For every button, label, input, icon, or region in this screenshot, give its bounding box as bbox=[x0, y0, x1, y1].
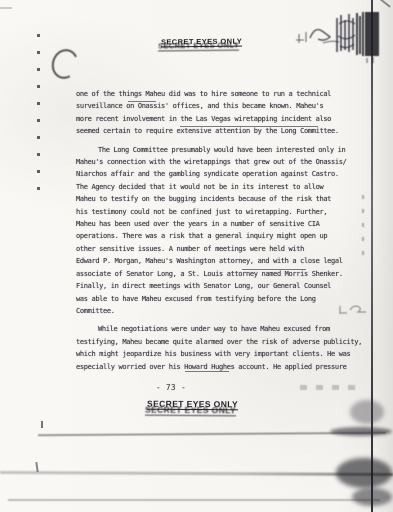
paragraph: While negotiations were under way to hav… bbox=[76, 323, 376, 373]
scan-smudge-line-3 bbox=[8, 499, 380, 501]
scan-corner-top-left-mark bbox=[0, 7, 12, 9]
scan-smudge-line-2 bbox=[0, 471, 393, 476]
paragraph: one of the things Maheu did was to hire … bbox=[76, 88, 376, 138]
classification-stamp-bottom: SECRET EYES ONLY SECRET EYES ONLY bbox=[147, 399, 238, 411]
scan-blob-mid-right bbox=[350, 400, 384, 424]
pencil-c-mark bbox=[48, 46, 82, 83]
stamp-text: SECRET EYES ONLY bbox=[147, 399, 238, 411]
handwriting-scribble-top-right bbox=[293, 10, 389, 65]
scan-corner-diagonal-mark bbox=[377, 0, 391, 7]
smudge-mark-mid-right bbox=[338, 300, 374, 318]
scan-tick-bottom-left-2 bbox=[35, 462, 38, 472]
scan-blob-bottom-right-1 bbox=[336, 458, 392, 488]
document-body: one of the things Maheu did was to hire … bbox=[76, 88, 376, 379]
scan-left-margin-dashes bbox=[37, 34, 40, 204]
scan-smudge-line-1 bbox=[38, 432, 386, 436]
scan-smudge-line-1-blob bbox=[330, 427, 392, 436]
paragraph: The Long Committee presumably would have… bbox=[76, 144, 376, 318]
scan-tick-bottom-left-1 bbox=[41, 421, 43, 428]
stamp-text: SECRET EYES ONLY bbox=[161, 37, 242, 48]
scan-smudge-near-page-number bbox=[300, 385, 358, 390]
classification-stamp-top: SECRET EYES ONLY SECRET EYES ONLY bbox=[161, 37, 242, 48]
page-number: - 73 - bbox=[156, 383, 186, 392]
document-page: SECRET EYES ONLY SECRET EYES ONLY one of… bbox=[0, 0, 393, 512]
scan-blob-bottom-right-2 bbox=[352, 488, 392, 506]
